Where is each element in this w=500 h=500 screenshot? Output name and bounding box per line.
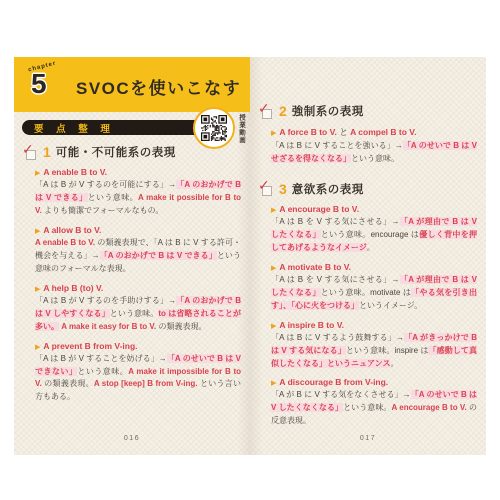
body-run: A make it easy for B to V. (61, 322, 156, 331)
phrase-run: と (337, 127, 350, 137)
check-tick-icon: ✓ (258, 178, 270, 192)
screenshot-root: chapter 5 SVOCを使いこなす 要 点 整 理 授業動画 ✓1可能・不… (0, 0, 500, 500)
phrase-run: A inspire B to V. (279, 320, 344, 330)
body-run: 「A が B に V する気をなくさせる」→ (271, 390, 411, 399)
section: ✓2強制系の表現▶A force B to V. と A compel B to… (259, 103, 477, 166)
explanation-text: 「A は B が V するのを可能にする」→「A のおかげで B は V できる… (35, 179, 241, 218)
body-run: 「A は B を V する気にさせる」→ (271, 275, 400, 284)
body-run: A enable B to V. (35, 238, 95, 247)
section-number: 1 (43, 144, 51, 160)
chapter-title: SVOCを使いこなす (76, 74, 241, 99)
phrase-run: A help B (to) V. (43, 283, 103, 293)
checkmark-icon: ✓ (23, 146, 38, 159)
phrase-run: A prevent B from V-ing. (43, 341, 137, 351)
book-spread: chapter 5 SVOCを使いこなす 要 点 整 理 授業動画 ✓1可能・不… (14, 57, 486, 455)
phrase-text: A encourage B to V. (279, 204, 359, 214)
expression-phrase: ▶A help B (to) V. (35, 283, 241, 293)
phrase-text: A prevent B from V-ing. (43, 341, 137, 351)
expression-phrase: ▶A enable B to V. (35, 167, 241, 177)
expression-phrase: ▶A motivate B to V. (271, 262, 477, 272)
check-tick-icon: ✓ (22, 142, 34, 156)
body-run: の類義表現。 (42, 379, 94, 388)
expression-phrase: ▶A discourage B from V-ing. (271, 377, 477, 387)
expression-entry: ▶A inspire B to V.「A は B に V するよう鼓舞する」→「… (271, 320, 477, 371)
chapter-header-band: chapter 5 SVOCを使いこなす (14, 57, 250, 112)
body-run: という意味。motivate は (321, 288, 412, 297)
body-run: 「A は B が V することを妨げる」→ (35, 354, 167, 363)
right-page: ✓2強制系の表現▶A force B to V. と A compel B to… (250, 57, 486, 455)
phrase-text: A allow B to V. (43, 225, 101, 235)
expression-entry: ▶A discourage B from V-ing.「A が B に V する… (271, 377, 477, 428)
left-page: chapter 5 SVOCを使いこなす 要 点 整 理 授業動画 ✓1可能・不… (14, 57, 250, 455)
body-run: 「A は B が V するのを手助けする」→ (35, 296, 176, 305)
explanation-text: 「A が B に V する気をなくさせる」→「A のせいで B は V したくな… (271, 389, 477, 428)
expression-phrase: ▶A inspire B to V. (271, 320, 477, 330)
expression-phrase: ▶A allow B to V. (35, 225, 241, 235)
phrase-text: A inspire B to V. (279, 320, 344, 330)
explanation-text: 「A は B に V するよう鼓舞する」→「A がきっかけで B は V する気… (271, 332, 477, 371)
expression-entry: ▶A allow B to V.A enable B to V. の類義表現で、… (35, 225, 241, 276)
expression-entry: ▶A prevent B from V-ing.「A は B が V することを… (35, 341, 241, 405)
explanation-text: 「A は B が V するのを手助けする」→「A のおかげで B は V しやす… (35, 295, 241, 334)
expression-phrase: ▶A force B to V. と A compel B to V. (271, 126, 477, 138)
body-run: の類義表現。 (156, 322, 206, 331)
triangle-bullet-icon: ▶ (35, 169, 40, 177)
body-run: 「A のおかげで B は V できる」 (100, 251, 217, 260)
expression-entry: ▶A force B to V. と A compel B to V.「A は … (271, 126, 477, 166)
phrase-text: A force B to V. と A compel B to V. (279, 126, 416, 138)
phrase-run: A encourage B to V. (279, 204, 359, 214)
triangle-bullet-icon: ▶ (271, 379, 276, 387)
checkmark-icon: ✓ (259, 105, 274, 118)
expression-phrase: ▶A encourage B to V. (271, 204, 477, 214)
body-run: 。 (390, 359, 398, 368)
explanation-text: 「A は B を V する気にさせる」→「A が理由で B は V したくなる」… (271, 216, 477, 255)
triangle-bullet-icon: ▶ (35, 227, 40, 235)
phrase-run: A allow B to V. (43, 225, 101, 235)
explanation-text: A enable B to V. の類義表現で、「A は B に V する許可・… (35, 237, 241, 276)
body-run: というイメージ。 (359, 301, 422, 310)
phrase-text: A help B (to) V. (43, 283, 103, 293)
phrase-run: A motivate B to V. (279, 262, 351, 272)
section-title: 意欲系の表現 (292, 181, 364, 197)
body-run: A stop [keep] B from V-ing. (94, 379, 198, 388)
phrase-text: A enable B to V. (43, 167, 107, 177)
keypoints-bar-label: 要 点 整 理 (22, 121, 115, 135)
explanation-text: 「A は B を V する気にさせる」→「A が理由で B は V したくなる」… (271, 274, 477, 313)
chapter-badge: chapter 5 (26, 61, 70, 109)
body-run: 「A は B が V するのを可能にする」→ (35, 180, 176, 189)
phrase-text: A discourage B from V-ing. (279, 377, 388, 387)
body-run: という意味。 (77, 367, 128, 376)
phrase-run: A discourage B from V-ing. (279, 377, 388, 387)
expression-entry: ▶A encourage B to V.「A は B を V する気にさせる」→… (271, 204, 477, 255)
body-run: という意味。 (110, 309, 159, 318)
triangle-bullet-icon: ▶ (271, 129, 276, 137)
explanation-text: 「A は B が V することを妨げる」→「A のせいで B は V できない」… (35, 353, 241, 405)
chapter-number: 5 (31, 70, 47, 98)
body-run: という意味。inspire は (346, 346, 429, 355)
triangle-bullet-icon: ▶ (35, 285, 40, 293)
body-run: という意味。 (343, 403, 391, 412)
expression-entry: ▶A motivate B to V.「A は B を V する気にさせる」→「… (271, 262, 477, 313)
right-page-content: ✓2強制系の表現▶A force B to V. と A compel B to… (259, 103, 477, 428)
page-number-left: 016 (14, 435, 250, 442)
section-title: 強制系の表現 (292, 103, 364, 119)
section: ✓3意欲系の表現▶A encourage B to V.「A は B を V す… (259, 181, 477, 428)
phrase-run: A enable B to V. (43, 167, 107, 177)
qr-code-pattern (201, 115, 227, 141)
section-number: 2 (279, 103, 287, 119)
qr-code (193, 107, 235, 149)
triangle-bullet-icon: ▶ (271, 322, 276, 330)
triangle-bullet-icon: ▶ (35, 343, 40, 351)
expression-entry: ▶A help B (to) V.「A は B が V するのを手助けする」→「… (35, 283, 241, 334)
section: ✓1可能・不可能系の表現▶A enable B to V.「A は B が V … (23, 144, 241, 404)
body-run: 「A は B を V する気にさせる」→ (271, 217, 400, 226)
body-run: よりも簡潔でフォーマルなもの。 (42, 206, 164, 215)
body-run: という意味。 (88, 193, 138, 202)
body-run: 「A は B に V するよう鼓舞する」→ (271, 333, 404, 342)
section-heading: ✓2強制系の表現 (259, 103, 477, 119)
body-run: 「A は B に V することを強いる」→ (271, 141, 403, 150)
body-run: という意味。 (351, 154, 399, 163)
checkmark-icon: ✓ (259, 182, 274, 195)
section-heading: ✓3意欲系の表現 (259, 181, 477, 197)
triangle-bullet-icon: ▶ (271, 206, 276, 214)
section-title: 可能・不可能系の表現 (56, 144, 176, 160)
qr-label: 授業動画 (237, 114, 246, 144)
check-tick-icon: ✓ (258, 101, 270, 115)
body-run: という意味。encourage は (321, 230, 419, 239)
phrase-text: A motivate B to V. (279, 262, 351, 272)
triangle-bullet-icon: ▶ (271, 264, 276, 272)
phrase-run: A compel B to V. (350, 127, 416, 137)
body-run: 。 (367, 243, 375, 252)
explanation-text: 「A は B に V することを強いる」→「A のせいで B は V せざるを得… (271, 140, 477, 166)
expression-phrase: ▶A prevent B from V-ing. (35, 341, 241, 351)
page-number-right: 017 (250, 435, 486, 442)
left-page-content: ✓1可能・不可能系の表現▶A enable B to V.「A は B が V … (23, 144, 241, 404)
section-number: 3 (279, 181, 287, 197)
body-run: A encourage B to V. (391, 403, 466, 412)
expression-entry: ▶A enable B to V.「A は B が V するのを可能にする」→「… (35, 167, 241, 218)
phrase-run: A force B to V. (279, 127, 336, 137)
